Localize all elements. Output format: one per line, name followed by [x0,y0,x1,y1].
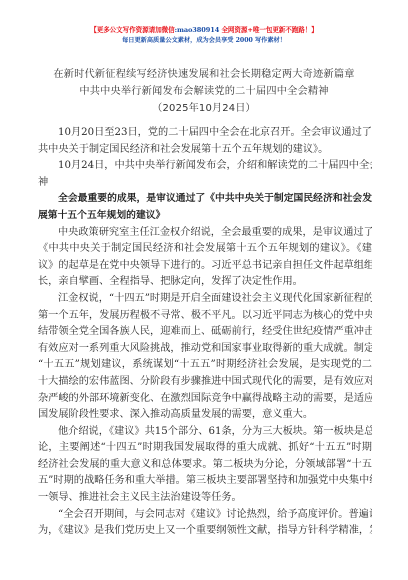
body-text-line: 共中央关于制定国民经济和社会发展第十五个五年规划的建议》。 [38,142,372,159]
body-text-line: 江金权说，“十四五”时期是开启全面建设社会主义现代化国家新征程的 [38,291,372,308]
body-text-line: “全会召开期间，与会同志对《建议》讨论热烈，给予高度评价。普遍认 [38,507,372,524]
body-text-line: 五”时期的战略任务和重大举措。第三板块主要部署坚持和加强党中央集中统 [38,473,372,490]
document-subtitle: 中共中央举行新闻发布会解读党的二十届四中全会精神 [0,82,408,97]
body-text-line: 十大描绘的宏伟蓝图、分阶段有步骤推进中国式现代化的需要，是有效应对复 [38,374,372,391]
body-text-line: 10月24日，中共中央举行新闻发布会，介绍和解读党的二十届四中全会精 [38,158,372,175]
promo-wechat-id: :mao380914 [175,26,222,34]
body-text-line: 杂严峻的外部环境新变化、在激烈国际竞争中赢得战略主动的需要，是适应我 [38,391,372,408]
highlight-text-line: 展第十五个五年规划的建议》 [38,208,372,225]
promo-banner-line-2: 每日更新高质量公文素材，成为会员享受 2000 写作素材！ [0,35,408,44]
body-text-line: 有效应对一系列重大风险挑战，推动党和国家事业取得新的重大成就。制定 [38,341,372,358]
document-page: 【更多公文写作资源请加微信:mao380914 全网资源+唯一包更新不跑路！】 … [0,0,408,580]
highlight-text-line: 全会最重要的成果，是审议通过了《中共中央关于制定国民经济和社会发 [38,191,372,208]
body-text-line: 中央政策研究室主任江金权介绍说，全会最重要的成果，是审议通过了 [38,225,372,242]
body-text-line: 经济社会发展的重大意义和总体要求。第二板块为分论，分领域部署“十五 [38,457,372,474]
body-text-line: 一领导、推进社会主义民主法治建设等任务。 [38,490,372,507]
document-date: （2025年10月24日） [0,99,408,114]
body-text-line: 长，亲自擘画、全程指导、把脉定向，发挥了决定性作用。 [38,274,372,291]
document-title: 在新时代新征程续写经济快速发展和社会长期稳定两大奇迹新篇章 [0,65,408,80]
body-text-line: 10月20日至23日，党的二十届四中全会在北京召开。全会审议通过了《中 [38,125,372,142]
promo-banner-line-1: 【更多公文写作资源请加微信:mao380914 全网资源+唯一包更新不跑路！】 [0,24,408,34]
body-text-line: 他介绍说，《建议》共15个部分、61条，分为三大板块。第一板块是总 [38,424,372,441]
body-text-line: 《中共中央关于制定国民经济和社会发展第十五个五年规划的建议》。《建 [38,241,372,258]
body-text-line: “十五五”规划建议，系统谋划“十五五”时期经济社会发展，是实现党的二 [38,357,372,374]
body-text-line: 神 [38,175,372,192]
body-text-line: 第一个五年，发展历程极不寻常、极不平凡。以习近平同志为核心的党中央团 [38,308,372,325]
body-text-line: 国发展阶段性要求、深入推动高质量发展的需要，意义重大。 [38,407,372,424]
body-text-line: 议》的起草是在党中央领导下进行的。习近平总书记亲自担任文件起草组组 [38,258,372,275]
promo-text-red: 【更多公文写作资源请加微信 [90,26,174,34]
body-text-line: 论，主要阐述“十四五”时期我国发展取得的重大成就、抓好“十五五”时期 [38,440,372,457]
body-text-line: 为，《建议》是我们党历史上又一个重要纲领性文献，指导方针科学精准，发 [38,523,372,540]
body-text-line: 结带领全党全国各族人民，迎难而上、砥砺前行，经受住世纪疫情严重冲击， [38,324,372,341]
document-body: 10月20日至23日，党的二十届四中全会在北京召开。全会审议通过了《中共中央关于… [38,125,372,540]
promo-text-red-2: 全网资源+唯一包更新不跑路！】 [221,26,317,34]
